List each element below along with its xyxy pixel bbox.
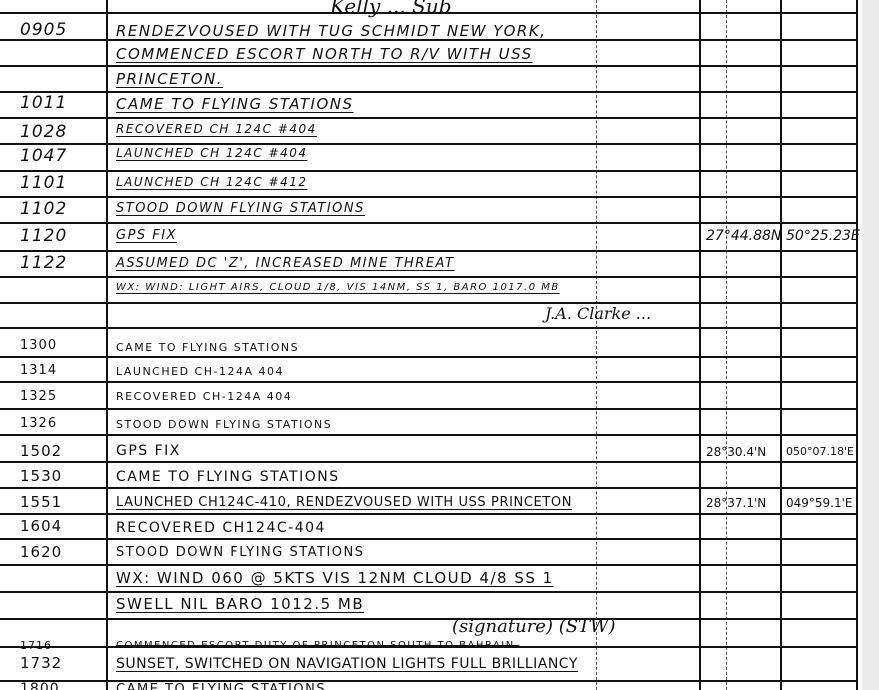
latitude-column-rule <box>699 0 701 690</box>
row-rule <box>0 618 858 620</box>
entry-time: 1314 <box>20 363 57 378</box>
row-rule <box>0 487 858 489</box>
entry-time: 1120 <box>20 226 67 246</box>
entry-time: 1102 <box>20 199 67 219</box>
entry-time: 1604 <box>20 517 62 535</box>
entry-text: GPS FIX <box>116 228 177 243</box>
entry-time: 0905 <box>20 20 67 40</box>
latitude-value: 28°30.4'N <box>706 445 766 459</box>
entry-time: 1300 <box>20 338 57 353</box>
row-rule <box>0 381 858 383</box>
entry-text: CAME TO FLYING STATIONS <box>116 95 354 113</box>
row-rule <box>0 461 858 463</box>
remarks-dashed-rule <box>596 0 597 690</box>
latitude-value: 27°44.88N <box>706 228 781 244</box>
row-rule <box>0 564 858 566</box>
row-rule <box>0 222 858 224</box>
row-rule <box>0 276 858 278</box>
entry-time: 1620 <box>20 543 62 561</box>
row-rule <box>0 170 858 172</box>
entry-time: 1800 <box>20 681 60 690</box>
row-rule <box>0 196 858 198</box>
entry-time: 1326 <box>20 416 57 431</box>
row-rule <box>0 408 858 410</box>
entry-text: CAME TO FLYING STATIONS <box>116 341 299 354</box>
entry-text: COMMENCED ESCORT DUTY OF PRINCETON SOUTH… <box>116 640 519 651</box>
row-rule <box>0 302 858 304</box>
entry-time: 1502 <box>20 442 62 460</box>
officer-signature: J.A. Clarke ... <box>545 304 651 323</box>
log-page: Kelly ... Sub 0905 RENDEZVOUSED WITH TUG… <box>0 0 858 690</box>
entry-text: STOOD DOWN FLYING STATIONS <box>116 418 332 431</box>
watch-officer-signature: (signature) (STW) <box>452 616 616 637</box>
entry-time: 1732 <box>20 654 62 672</box>
row-rule <box>0 434 858 436</box>
entry-time: 1011 <box>20 93 67 113</box>
row-rule <box>0 91 858 93</box>
entry-text: LAUNCHED CH 124C #412 <box>116 175 307 189</box>
entry-time: 1530 <box>20 467 62 485</box>
row-rule <box>0 143 858 145</box>
entry-text: STOOD DOWN FLYING STATIONS <box>116 201 365 216</box>
entry-text: WX: WIND: LIGHT AIRS, CLOUD 1/8, VIS 14N… <box>116 282 560 293</box>
entry-text: LAUNCHED CH124C-410, RENDEZVOUSED WITH U… <box>116 495 572 510</box>
row-rule <box>0 591 858 593</box>
entry-time: 1122 <box>20 253 67 273</box>
row-rule <box>0 356 858 358</box>
row-rule <box>0 117 858 119</box>
longitude-value: 50°25.23E <box>786 228 860 244</box>
entry-text: RECOVERED CH124C-404 <box>116 520 326 536</box>
entry-text: CAME TO FLYING STATIONS <box>116 682 326 690</box>
entry-time: 1101 <box>20 173 67 193</box>
page-margin <box>862 0 879 690</box>
longitude-value: 050°07.18'E <box>786 445 854 458</box>
longitude-value: 049°59.1'E <box>786 496 853 510</box>
right-border-rule <box>856 0 858 690</box>
entry-text: RECOVERED CH 124C #404 <box>116 122 317 136</box>
time-column-rule <box>106 0 108 690</box>
row-rule <box>0 65 858 67</box>
entry-text: WX: WIND 060 @ 5KTS VIS 12NM CLOUD 4/8 S… <box>116 569 554 587</box>
entry-time: 1716 <box>20 639 52 652</box>
row-rule <box>0 327 858 329</box>
entry-text: LAUNCHED CH 124C #404 <box>116 146 307 160</box>
row-rule <box>0 538 858 540</box>
latitude-dashed-rule <box>726 0 727 690</box>
entry-time: 1028 <box>20 122 67 142</box>
entry-text: STOOD DOWN FLYING STATIONS <box>116 545 365 560</box>
entry-time: 1551 <box>20 493 62 511</box>
entry-text: RENDEZVOUSED WITH TUG SCHMIDT NEW YORK, <box>116 22 546 40</box>
entry-text: LAUNCHED CH-124A 404 <box>116 365 284 378</box>
entry-text: GPS FIX <box>116 443 181 459</box>
entry-text: CAME TO FLYING STATIONS <box>116 469 340 485</box>
entry-text: RECOVERED CH-124A 404 <box>116 390 292 403</box>
entry-text: SWELL NIL BARO 1012.5 MB <box>116 595 364 613</box>
entry-time: 1325 <box>20 389 57 404</box>
entry-text: SUNSET, SWITCHED ON NAVIGATION LIGHTS FU… <box>116 656 578 672</box>
top-signature: Kelly ... Sub <box>330 0 452 18</box>
longitude-column-rule <box>780 0 782 690</box>
row-rule <box>0 513 858 515</box>
latitude-value: 28°37.1'N <box>706 496 766 510</box>
entry-text: ASSUMED DC 'Z', INCREASED MINE THREAT <box>116 256 454 271</box>
entry-text: PRINCETON. <box>116 70 223 88</box>
entry-text: COMMENCED ESCORT NORTH TO R/V WITH USS <box>116 45 533 63</box>
entry-time: 1047 <box>20 146 67 166</box>
row-rule <box>0 250 858 252</box>
